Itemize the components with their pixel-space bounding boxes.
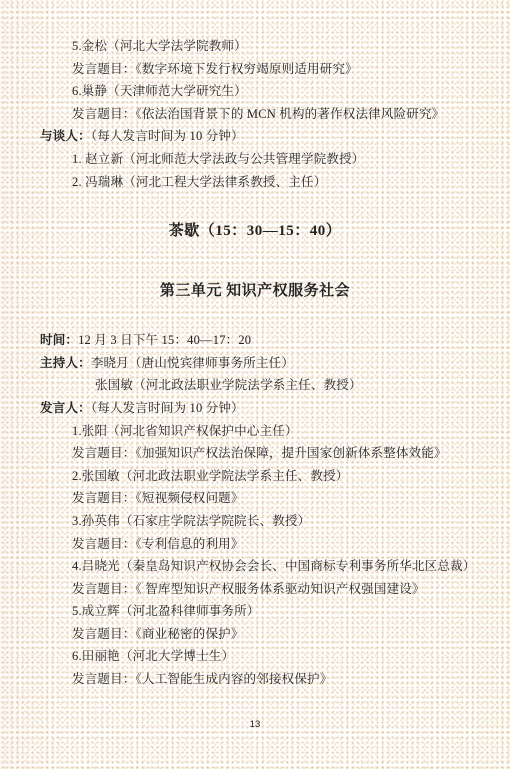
line-text: （每人发言时间为 10 分钟） — [91, 129, 244, 143]
section-heading: 第三单元 知识产权服务社会 — [0, 279, 510, 303]
line-text: 2. 冯瑞琳（河北工程大学法律系教授、主任） — [72, 175, 326, 189]
document-line: 发言题目：《数字环境下发行权穷竭原则适用研究》 — [0, 58, 510, 81]
line-text: 6.巢静（天津师范大学研究生） — [72, 84, 247, 98]
document-line: 4.吕晓光（秦皇岛知识产权协会会长、中国商标专利事务所华北区总裁） — [0, 555, 510, 578]
document-line: 时间：12 月 3 日下午 15：40—17：20 — [0, 329, 510, 352]
line-text: 6.田丽艳（河北大学博士生） — [72, 649, 234, 663]
page-number: 13 — [0, 718, 510, 732]
line-text: 李晓月（唐山悦宾律师事务所主任） — [91, 356, 294, 370]
document-line: 5.金松（河北大学法学院教师） — [0, 35, 510, 58]
document-line: 发言题目：《 智库型知识产权服务体系驱动知识产权强国建设》 — [0, 578, 510, 601]
section-heading: 茶歇（15：30—15：40） — [0, 219, 510, 243]
document-line: 5.成立辉（河北盈科律师事务所） — [0, 600, 510, 623]
line-text: 3.孙英伟（石家庄学院法学院院长、教授） — [72, 514, 310, 528]
document-line: 2. 冯瑞琳（河北工程大学法律系教授、主任） — [0, 171, 510, 194]
line-text: 发言题目：《 智库型知识产权服务体系驱动知识产权强国建设》 — [72, 582, 425, 596]
line-text: 5.金松（河北大学法学院教师） — [72, 39, 247, 53]
line-label: 主持人： — [40, 356, 91, 370]
document-line: 发言题目：《依法治国背景下的 MCN 机构的著作权法律风险研究》 — [0, 103, 510, 126]
document-page: 5.金松（河北大学法学院教师）发言题目：《数字环境下发行权穷竭原则适用研究》6.… — [0, 0, 510, 769]
line-text: 发言题目：《人工智能生成内容的邻接权保护》 — [72, 672, 332, 686]
line-text: （每人发言时间为 10 分钟） — [91, 401, 244, 415]
document-line: 发言人：（每人发言时间为 10 分钟） — [0, 397, 510, 420]
heading-text: 第三单元 知识产权服务社会 — [160, 283, 350, 299]
line-text: 发言题目：《依法治国背景下的 MCN 机构的著作权法律风险研究》 — [72, 107, 444, 121]
document-line: 与谈人：（每人发言时间为 10 分钟） — [0, 125, 510, 148]
line-text: 1. 赵立新（河北师范大学法政与公共管理学院教授） — [72, 152, 365, 166]
line-text: 发言题目：《短视频侵权问题》 — [72, 491, 244, 505]
line-text: 发言题目：《专利信息的利用》 — [72, 537, 244, 551]
document-line: 发言题目：《专利信息的利用》 — [0, 533, 510, 556]
line-text: 发言题目：《数字环境下发行权穷竭原则适用研究》 — [72, 62, 358, 76]
document-line: 2.张国敏（河北政法职业学院法学系主任、教授） — [0, 465, 510, 488]
document-line: 3.孙英伟（石家庄学院法学院院长、教授） — [0, 510, 510, 533]
heading-text: 茶歇（15：30—15：40） — [169, 223, 342, 239]
line-text: 4.吕晓光（秦皇岛知识产权协会会长、中国商标专利事务所华北区总裁） — [72, 559, 475, 573]
document-line: 发言题目：《人工智能生成内容的邻接权保护》 — [0, 668, 510, 691]
document-line: 发言题目：《加强知识产权法治保障，提升国家创新体系整体效能》 — [0, 442, 510, 465]
document-line: 发言题目：《商业秘密的保护》 — [0, 623, 510, 646]
document-line: 主持人：李晓月（唐山悦宾律师事务所主任） — [0, 352, 510, 375]
line-label: 与谈人： — [40, 129, 91, 143]
line-label: 发言人： — [40, 401, 91, 415]
document-content: 5.金松（河北大学法学院教师）发言题目：《数字环境下发行权穷竭原则适用研究》6.… — [0, 0, 510, 691]
document-line: 6.巢静（天津师范大学研究生） — [0, 80, 510, 103]
line-text: 2.张国敏（河北政法职业学院法学系主任、教授） — [72, 469, 348, 483]
line-text: 张国敏（河北政法职业学院法学系主任、教授） — [95, 378, 362, 392]
line-text: 5.成立辉（河北盈科律师事务所） — [72, 604, 260, 618]
document-line: 1.张阳（河北省知识产权保护中心主任） — [0, 420, 510, 443]
line-text: 1.张阳（河北省知识产权保护中心主任） — [72, 424, 298, 438]
document-line: 1. 赵立新（河北师范大学法政与公共管理学院教授） — [0, 148, 510, 171]
document-line: 6.田丽艳（河北大学博士生） — [0, 645, 510, 668]
document-line: 张国敏（河北政法职业学院法学系主任、教授） — [0, 374, 510, 397]
line-label: 时间： — [40, 333, 78, 347]
line-text: 发言题目：《商业秘密的保护》 — [72, 627, 244, 641]
line-text: 发言题目：《加强知识产权法治保障，提升国家创新体系整体效能》 — [72, 446, 447, 460]
line-text: 12 月 3 日下午 15：40—17：20 — [78, 333, 251, 347]
document-line: 发言题目：《短视频侵权问题》 — [0, 487, 510, 510]
